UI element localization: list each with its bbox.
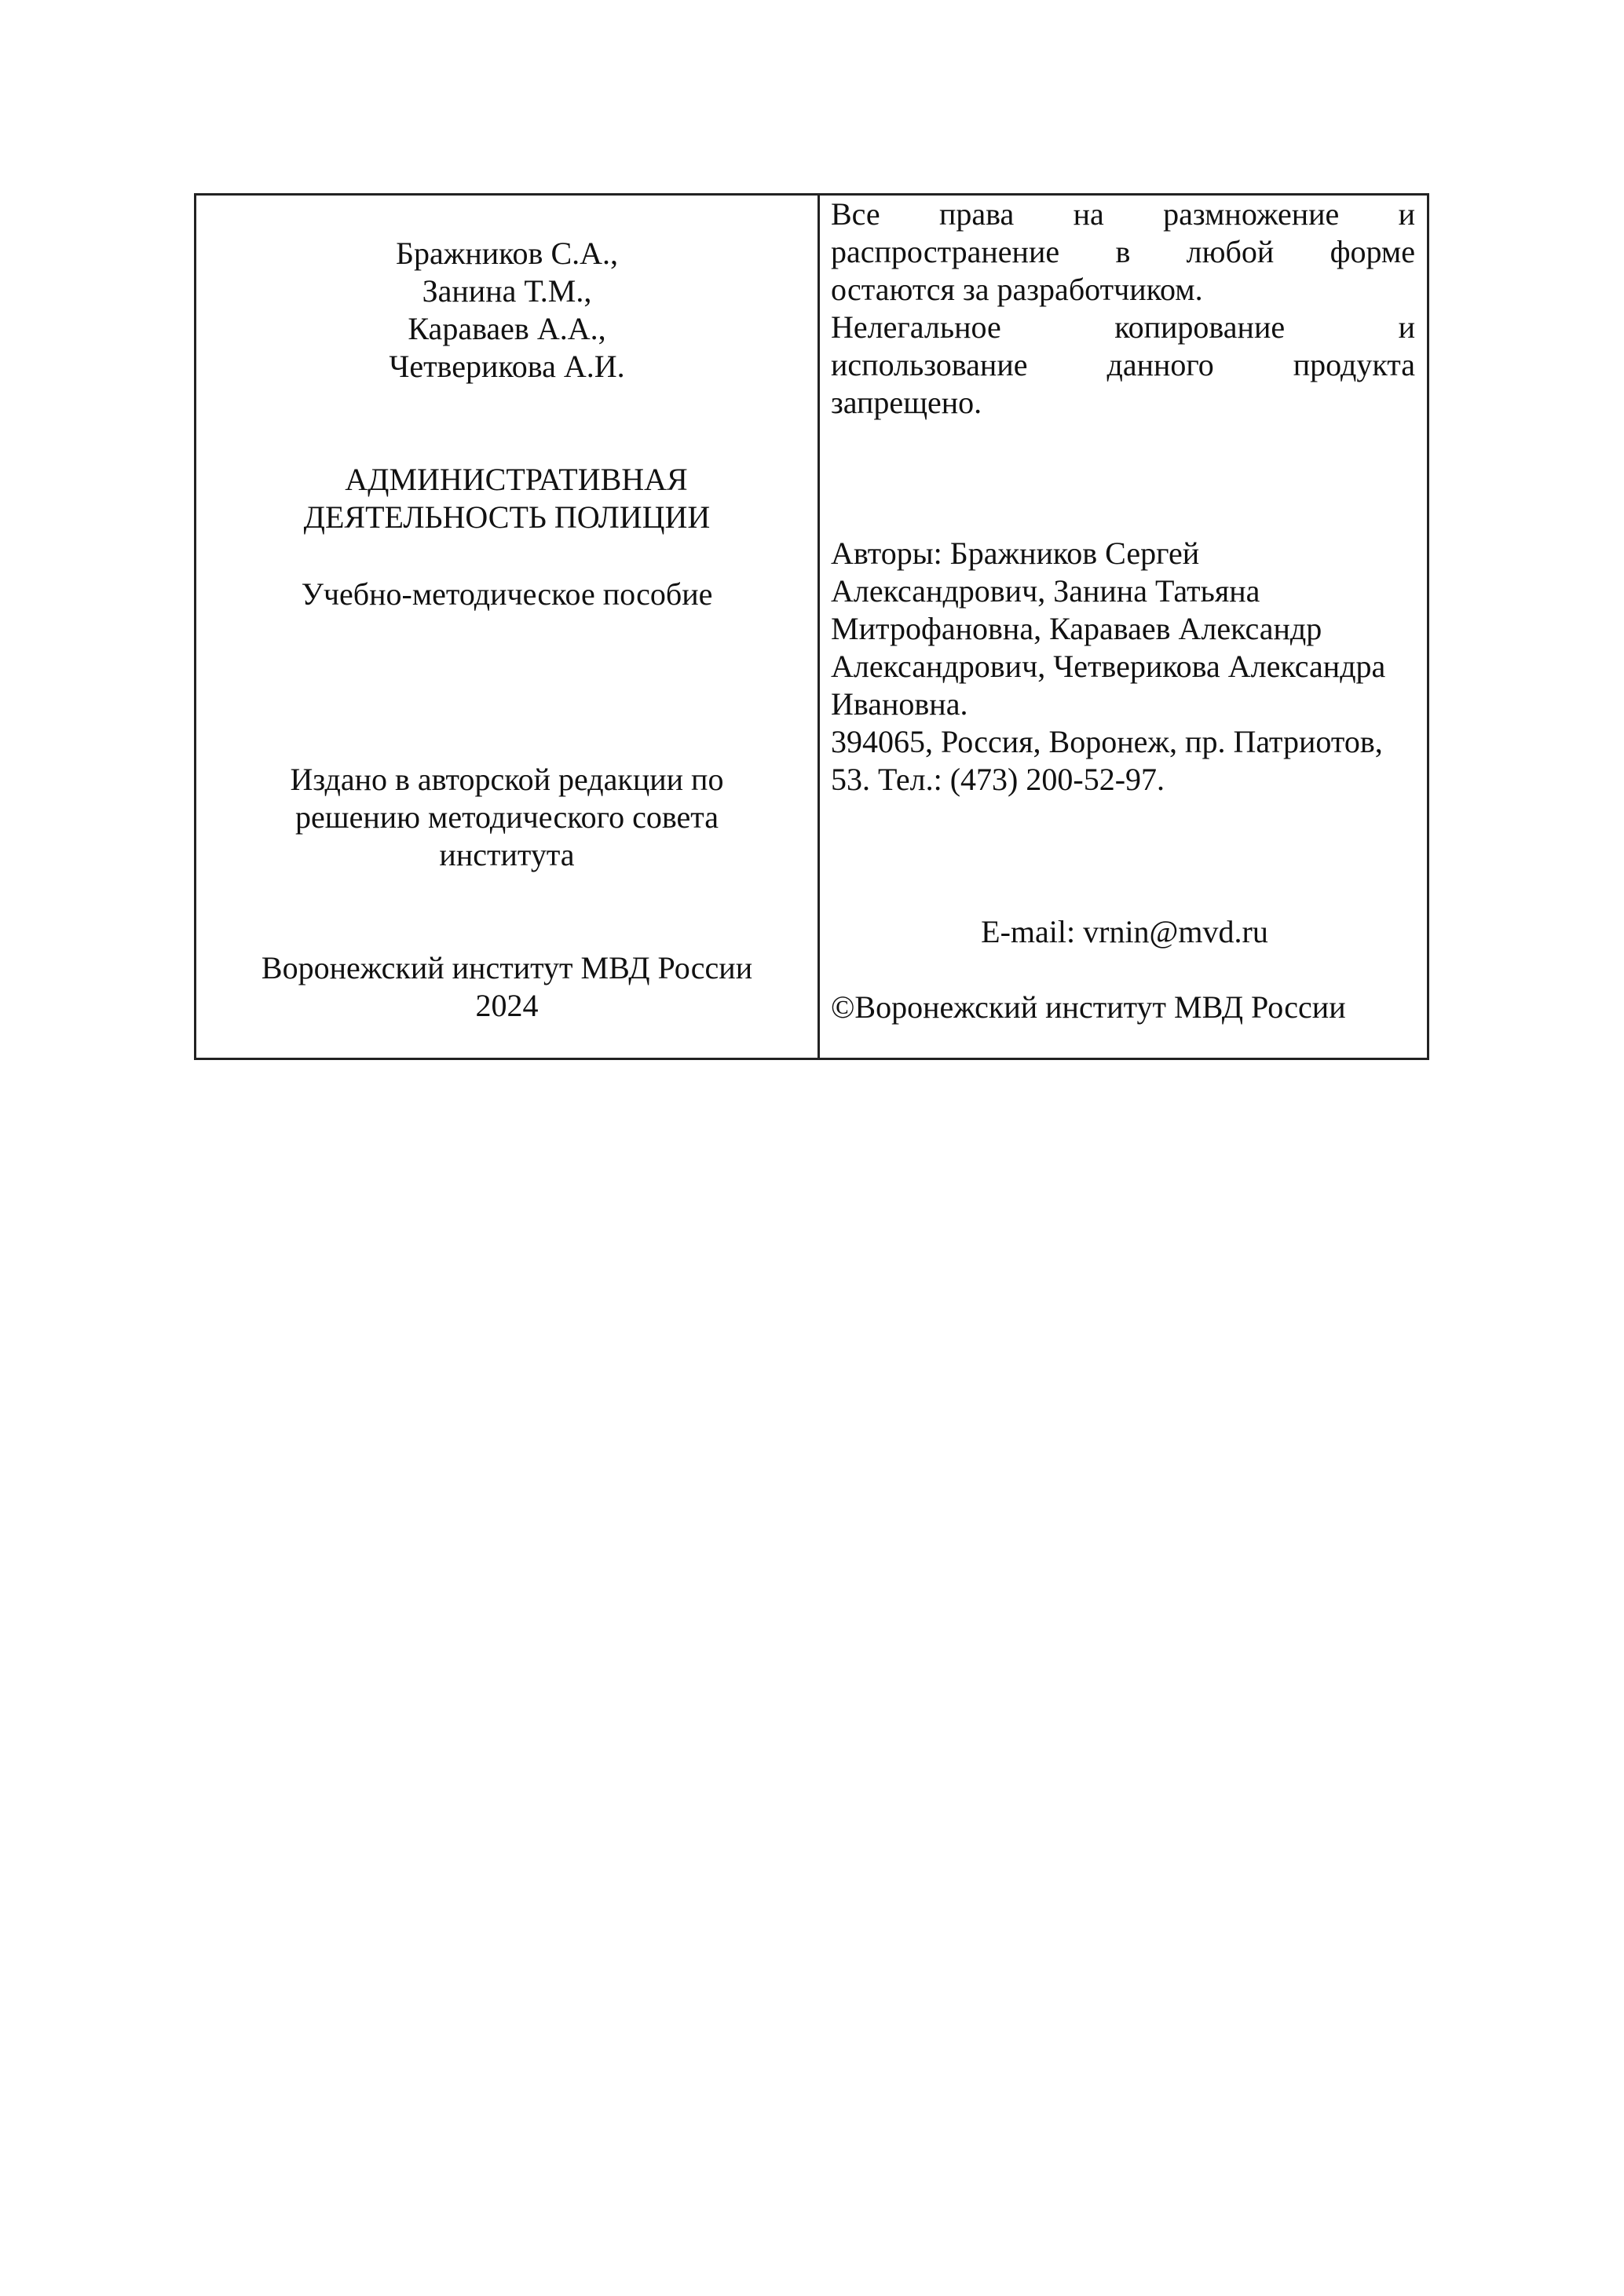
authors-full-block: Авторы: Бражников Сергей Александрович, … — [831, 535, 1415, 799]
rights-line: Все права на размножение и — [831, 196, 1415, 233]
authors-full-line: Авторы: Бражников Сергей — [831, 535, 1415, 572]
author-short: Четверикова А.И. — [196, 348, 817, 386]
word: любой — [1187, 233, 1275, 271]
word: на — [1074, 196, 1104, 233]
rights-line: распространение в любой форме — [831, 233, 1415, 271]
email-contact: E-mail: vrnin@mvd.ru — [820, 913, 1429, 951]
rights-line: остаются за разработчиком. — [831, 271, 1415, 309]
right-cell: Все права на размножение и распространен… — [820, 196, 1429, 1058]
word: запрещено. — [831, 384, 982, 422]
publisher-name: Воронежский институт МВД России — [196, 949, 817, 987]
address-line: 394065, Россия, Воронеж, пр. Патриотов, — [831, 723, 1415, 761]
word: использование — [831, 346, 1028, 384]
word: права — [939, 196, 1014, 233]
authors-full-line: Ивановна. — [831, 686, 1415, 723]
word: Все — [831, 196, 880, 233]
word: остаются за разработчиком. — [831, 271, 1203, 309]
word: форме — [1330, 233, 1415, 271]
rights-line: Нелегальное копирование и — [831, 309, 1415, 346]
word: в — [1115, 233, 1130, 271]
word: продукта — [1293, 346, 1415, 384]
word: и — [1399, 309, 1415, 346]
edition-note-line: института — [196, 836, 817, 874]
authors-full-line: Митрофановна, Караваев Александр — [831, 610, 1415, 648]
rights-notice: Все права на размножение и распространен… — [831, 196, 1415, 422]
title-line: ДЕЯТЕЛЬНОСТЬ ПОЛИЦИИ — [196, 499, 817, 536]
publication-year: 2024 — [196, 987, 817, 1025]
authors-short-list: Бражников С.А., Занина Т.М., Караваев А.… — [196, 235, 817, 386]
author-short: Занина Т.М., — [196, 272, 817, 310]
imprint-table: Бражников С.А., Занина Т.М., Караваев А.… — [194, 193, 1429, 1060]
word: Нелегальное — [831, 309, 1001, 346]
word: данного — [1106, 346, 1213, 384]
edition-note-line: решению методического совета — [196, 799, 817, 836]
phone-line: 53. Тел.: (473) 200-52-97. — [831, 761, 1415, 799]
rights-line: использование данного продукта — [831, 346, 1415, 384]
rights-line: запрещено. — [831, 384, 1415, 422]
authors-full-line: Александрович, Четверикова Александра — [831, 648, 1415, 686]
edition-note: Издано в авторской редакции по решению м… — [196, 761, 817, 874]
edition-note-line: Издано в авторской редакции по — [196, 761, 817, 799]
left-cell: Бражников С.А., Занина Т.М., Караваев А.… — [196, 196, 817, 1058]
book-subtitle: Учебно-методическое пособие — [196, 576, 817, 613]
title-line: АДМИНИСТРАТИВНАЯ — [196, 461, 817, 499]
publisher-block: Воронежский институт МВД России 2024 — [196, 949, 817, 1025]
author-short: Караваев А.А., — [196, 310, 817, 348]
book-title: АДМИНИСТРАТИВНАЯ ДЕЯТЕЛЬНОСТЬ ПОЛИЦИИ — [196, 461, 817, 536]
authors-full-line: Александрович, Занина Татьяна — [831, 572, 1415, 610]
word: размножение — [1163, 196, 1339, 233]
author-short: Бражников С.А., — [196, 235, 817, 272]
word: копирование — [1114, 309, 1285, 346]
word: распространение — [831, 233, 1059, 271]
word: и — [1399, 196, 1415, 233]
copyright-notice: ©Воронежский институт МВД России — [831, 989, 1346, 1026]
